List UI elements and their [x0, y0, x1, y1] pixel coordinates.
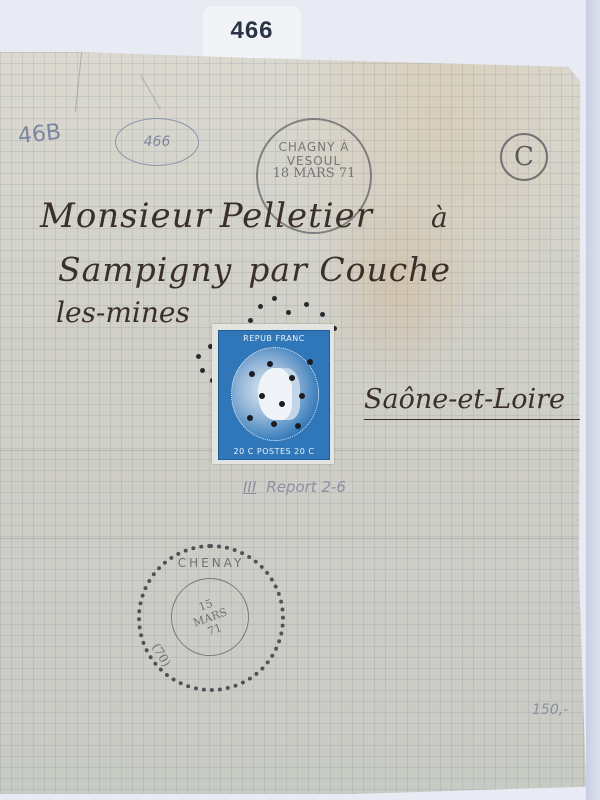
recipient-name: Pelletier	[220, 196, 373, 236]
town: Sampigny	[58, 250, 232, 289]
lot-label-tab: 466	[203, 6, 301, 58]
stamp-top-inscription: REPUB FRANC	[219, 334, 329, 343]
preposition: à	[431, 201, 449, 234]
salutation: Monsieur	[40, 196, 212, 236]
departure-date-block: 15 MARS 71	[160, 567, 260, 667]
postage-stamp: REPUB FRANC 20 C POSTES 20 C	[212, 324, 334, 464]
pencil-price: 150,-	[532, 702, 568, 718]
stamp-bottom-inscription: 20 C POSTES 20 C	[219, 447, 329, 456]
address-line-2: Sampignypar Couche	[58, 250, 451, 289]
pencil-reference: 46B	[17, 120, 62, 149]
pencil-plate-note: IIIReport 2-6	[243, 478, 346, 496]
crease	[75, 52, 82, 112]
plate-note-text: Report 2-6	[266, 478, 346, 496]
small-circle-postmark: C	[500, 133, 548, 181]
pencil-circled-number: 466	[115, 118, 199, 166]
department-line: Saône-et-Loire	[364, 384, 580, 420]
plate-roman-numeral: III	[243, 478, 256, 496]
departure-year: 71	[206, 621, 224, 638]
stamp-medallion	[231, 347, 319, 441]
background-edge	[586, 0, 600, 800]
departure-town: CHENAY	[141, 556, 281, 570]
small-postmark-letter: C	[514, 142, 534, 172]
transit-postmark-text: CHAGNY À VESOUL	[258, 140, 370, 168]
via-town: par Couche	[248, 250, 451, 289]
address-line-1: MonsieurPelletierà	[40, 196, 449, 236]
transit-postmark-date: 18 MARS 71	[258, 166, 370, 181]
crease	[140, 74, 161, 109]
departure-postmark: CHENAY 15 MARS 71 (70)	[137, 544, 285, 692]
lot-number: 466	[230, 17, 273, 45]
circled-number-text: 466	[144, 134, 171, 150]
stamp-design: REPUB FRANC 20 C POSTES 20 C	[218, 330, 330, 460]
fold-line	[0, 538, 586, 539]
address-line-3: les-mines	[56, 296, 190, 329]
